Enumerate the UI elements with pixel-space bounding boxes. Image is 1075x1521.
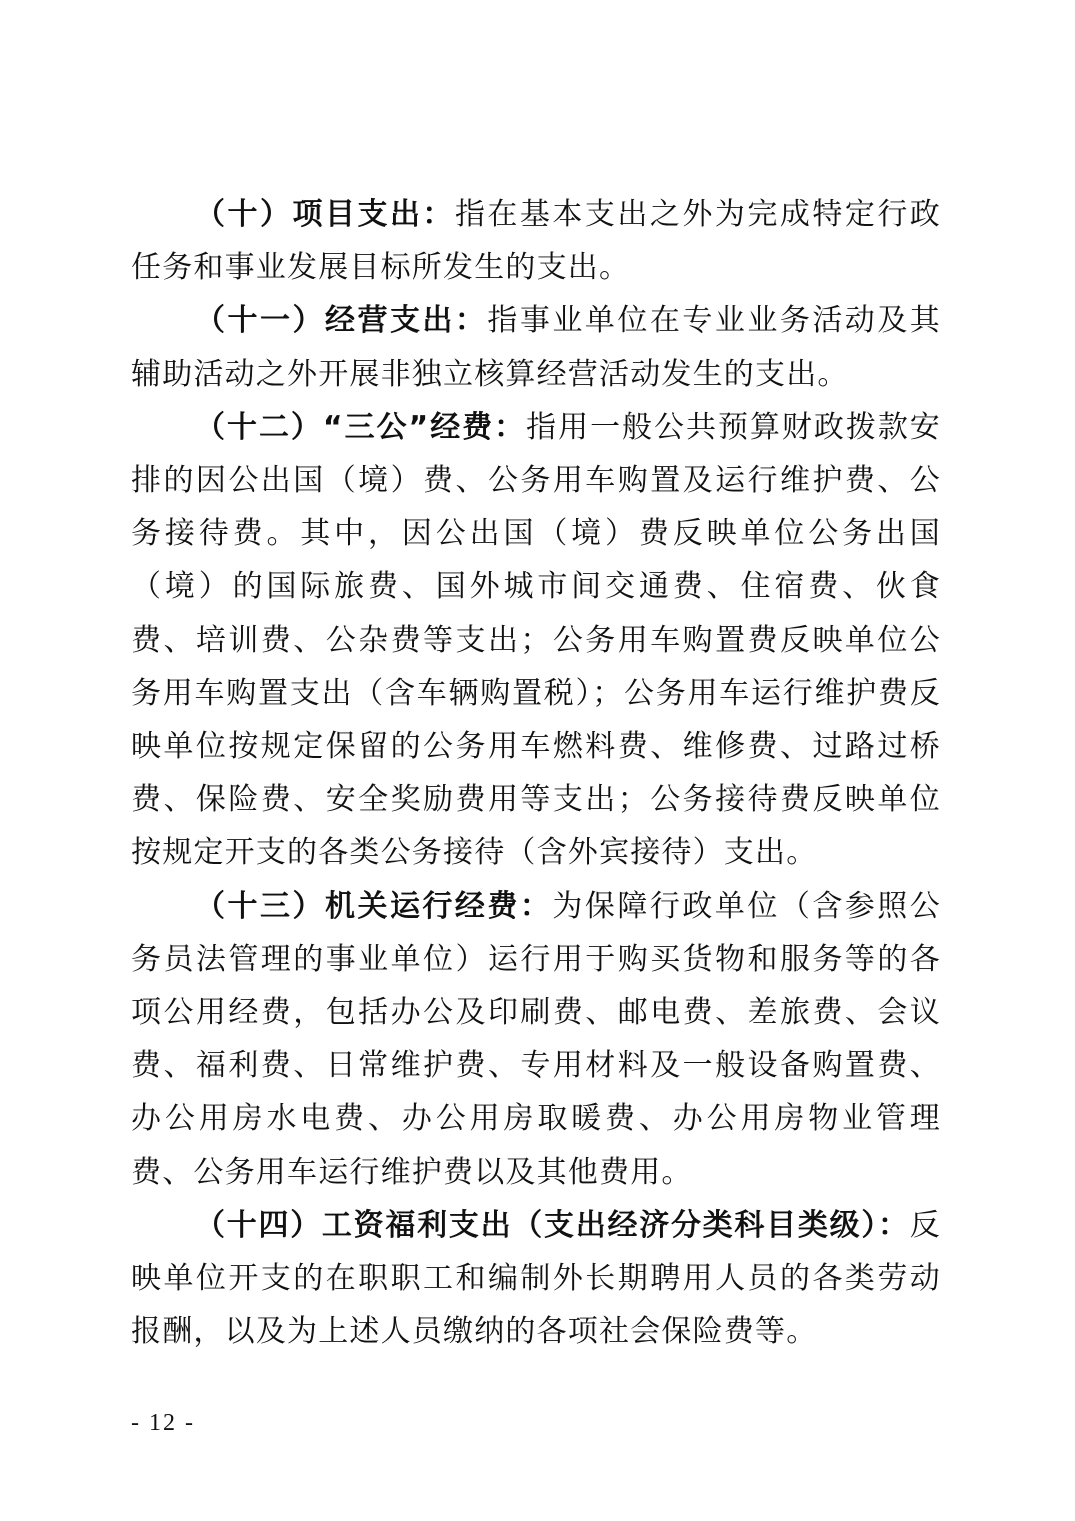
term-definition: 指用一般公共预算财政拨款安排的因公出国（境）费、公务用车购置及运行维护费、公务接… <box>131 410 941 871</box>
term-definition: 为保障行政单位（含参照公务员法管理的事业单位）运行用于购买货物和服务等的各项公用… <box>131 889 941 1190</box>
term-heading: （十四）工资福利支出（支出经济分类科目类级）： <box>195 1208 910 1243</box>
term-heading: （十）项目支出： <box>195 197 455 232</box>
paragraph-project-expenditure: （十）项目支出：指在基本支出之外为完成特定行政任务和事业发展目标所发生的支出。 <box>131 188 941 294</box>
page-number: - 12 - <box>131 1410 195 1437</box>
term-heading: （十三）机关运行经费： <box>195 889 552 924</box>
paragraph-agency-operating-funds: （十三）机关运行经费：为保障行政单位（含参照公务员法管理的事业单位）运行用于购买… <box>131 880 941 1199</box>
paragraph-wage-welfare-expenditure: （十四）工资福利支出（支出经济分类科目类级）：反映单位开支的在职职工和编制外长期… <box>131 1199 941 1359</box>
paragraph-three-public-expenses: （十二）“三公”经费：指用一般公共预算财政拨款安排的因公出国（境）费、公务用车购… <box>131 401 941 880</box>
term-heading: （十二）“三公”经费： <box>195 410 526 445</box>
term-heading: （十一）经营支出： <box>195 303 487 338</box>
paragraph-operating-expenditure: （十一）经营支出：指事业单位在专业业务活动及其辅助活动之外开展非独立核算经营活动… <box>131 294 941 400</box>
document-page: （十）项目支出：指在基本支出之外为完成特定行政任务和事业发展目标所发生的支出。 … <box>131 188 941 1358</box>
